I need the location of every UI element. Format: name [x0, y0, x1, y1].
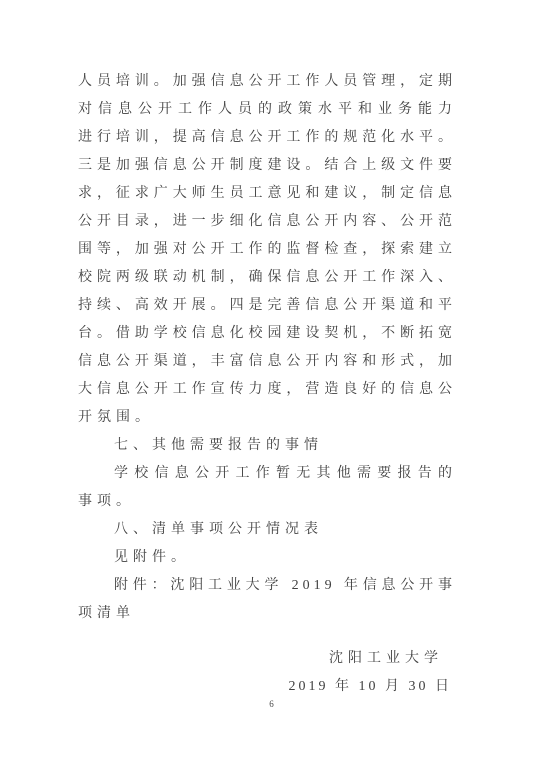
signature-org: 沈阳工业大学 — [78, 645, 456, 673]
body-line: 台。借助学校信息化校园建设契机，不断拓宽 — [78, 320, 456, 348]
section-7-heading: 七、其他需要报告的事情 — [78, 432, 456, 460]
body-line: 大信息公开工作宣传力度，营造良好的信息公 — [78, 376, 456, 404]
section-8-text-line: 见附件。 — [78, 544, 456, 572]
attachment-line: 项清单 — [78, 600, 456, 628]
attachment-line: 附件：沈阳工业大学 2019 年信息公开事 — [78, 572, 456, 600]
section-7-text-line: 事项。 — [78, 488, 456, 516]
section-8-heading: 八、清单事项公开情况表 — [78, 516, 456, 544]
body-line: 求，征求广大师生员工意见和建议，制定信息 — [78, 180, 456, 208]
section-7-text-line: 学校信息公开工作暂无其他需要报告的 — [78, 460, 456, 488]
signature-block: 沈阳工业大学 2019 年 10 月 30 日 — [78, 645, 456, 701]
document-page: 人员培训。加强信息公开工作人员管理，定期 对信息公开工作人员的政策水平和业务能力… — [0, 0, 543, 768]
body-line: 进行培训，提高信息公开工作的规范化水平。 — [78, 124, 456, 152]
body-line: 公开目录，进一步细化信息公开内容、公开范 — [78, 208, 456, 236]
page-number: 6 — [0, 697, 543, 711]
body-line: 人员培训。加强信息公开工作人员管理，定期 — [78, 68, 456, 96]
body-line: 开氛围。 — [78, 404, 456, 432]
document-content: 人员培训。加强信息公开工作人员管理，定期 对信息公开工作人员的政策水平和业务能力… — [78, 68, 456, 701]
body-line: 持续、高效开展。四是完善信息公开渠道和平 — [78, 292, 456, 320]
body-line: 围等，加强对公开工作的监督检查，探索建立 — [78, 236, 456, 264]
body-line: 对信息公开工作人员的政策水平和业务能力 — [78, 96, 456, 124]
body-line: 三是加强信息公开制度建设。结合上级文件要 — [78, 152, 456, 180]
body-line: 信息公开渠道，丰富信息公开内容和形式，加 — [78, 348, 456, 376]
body-line: 校院两级联动机制，确保信息公开工作深入、 — [78, 264, 456, 292]
